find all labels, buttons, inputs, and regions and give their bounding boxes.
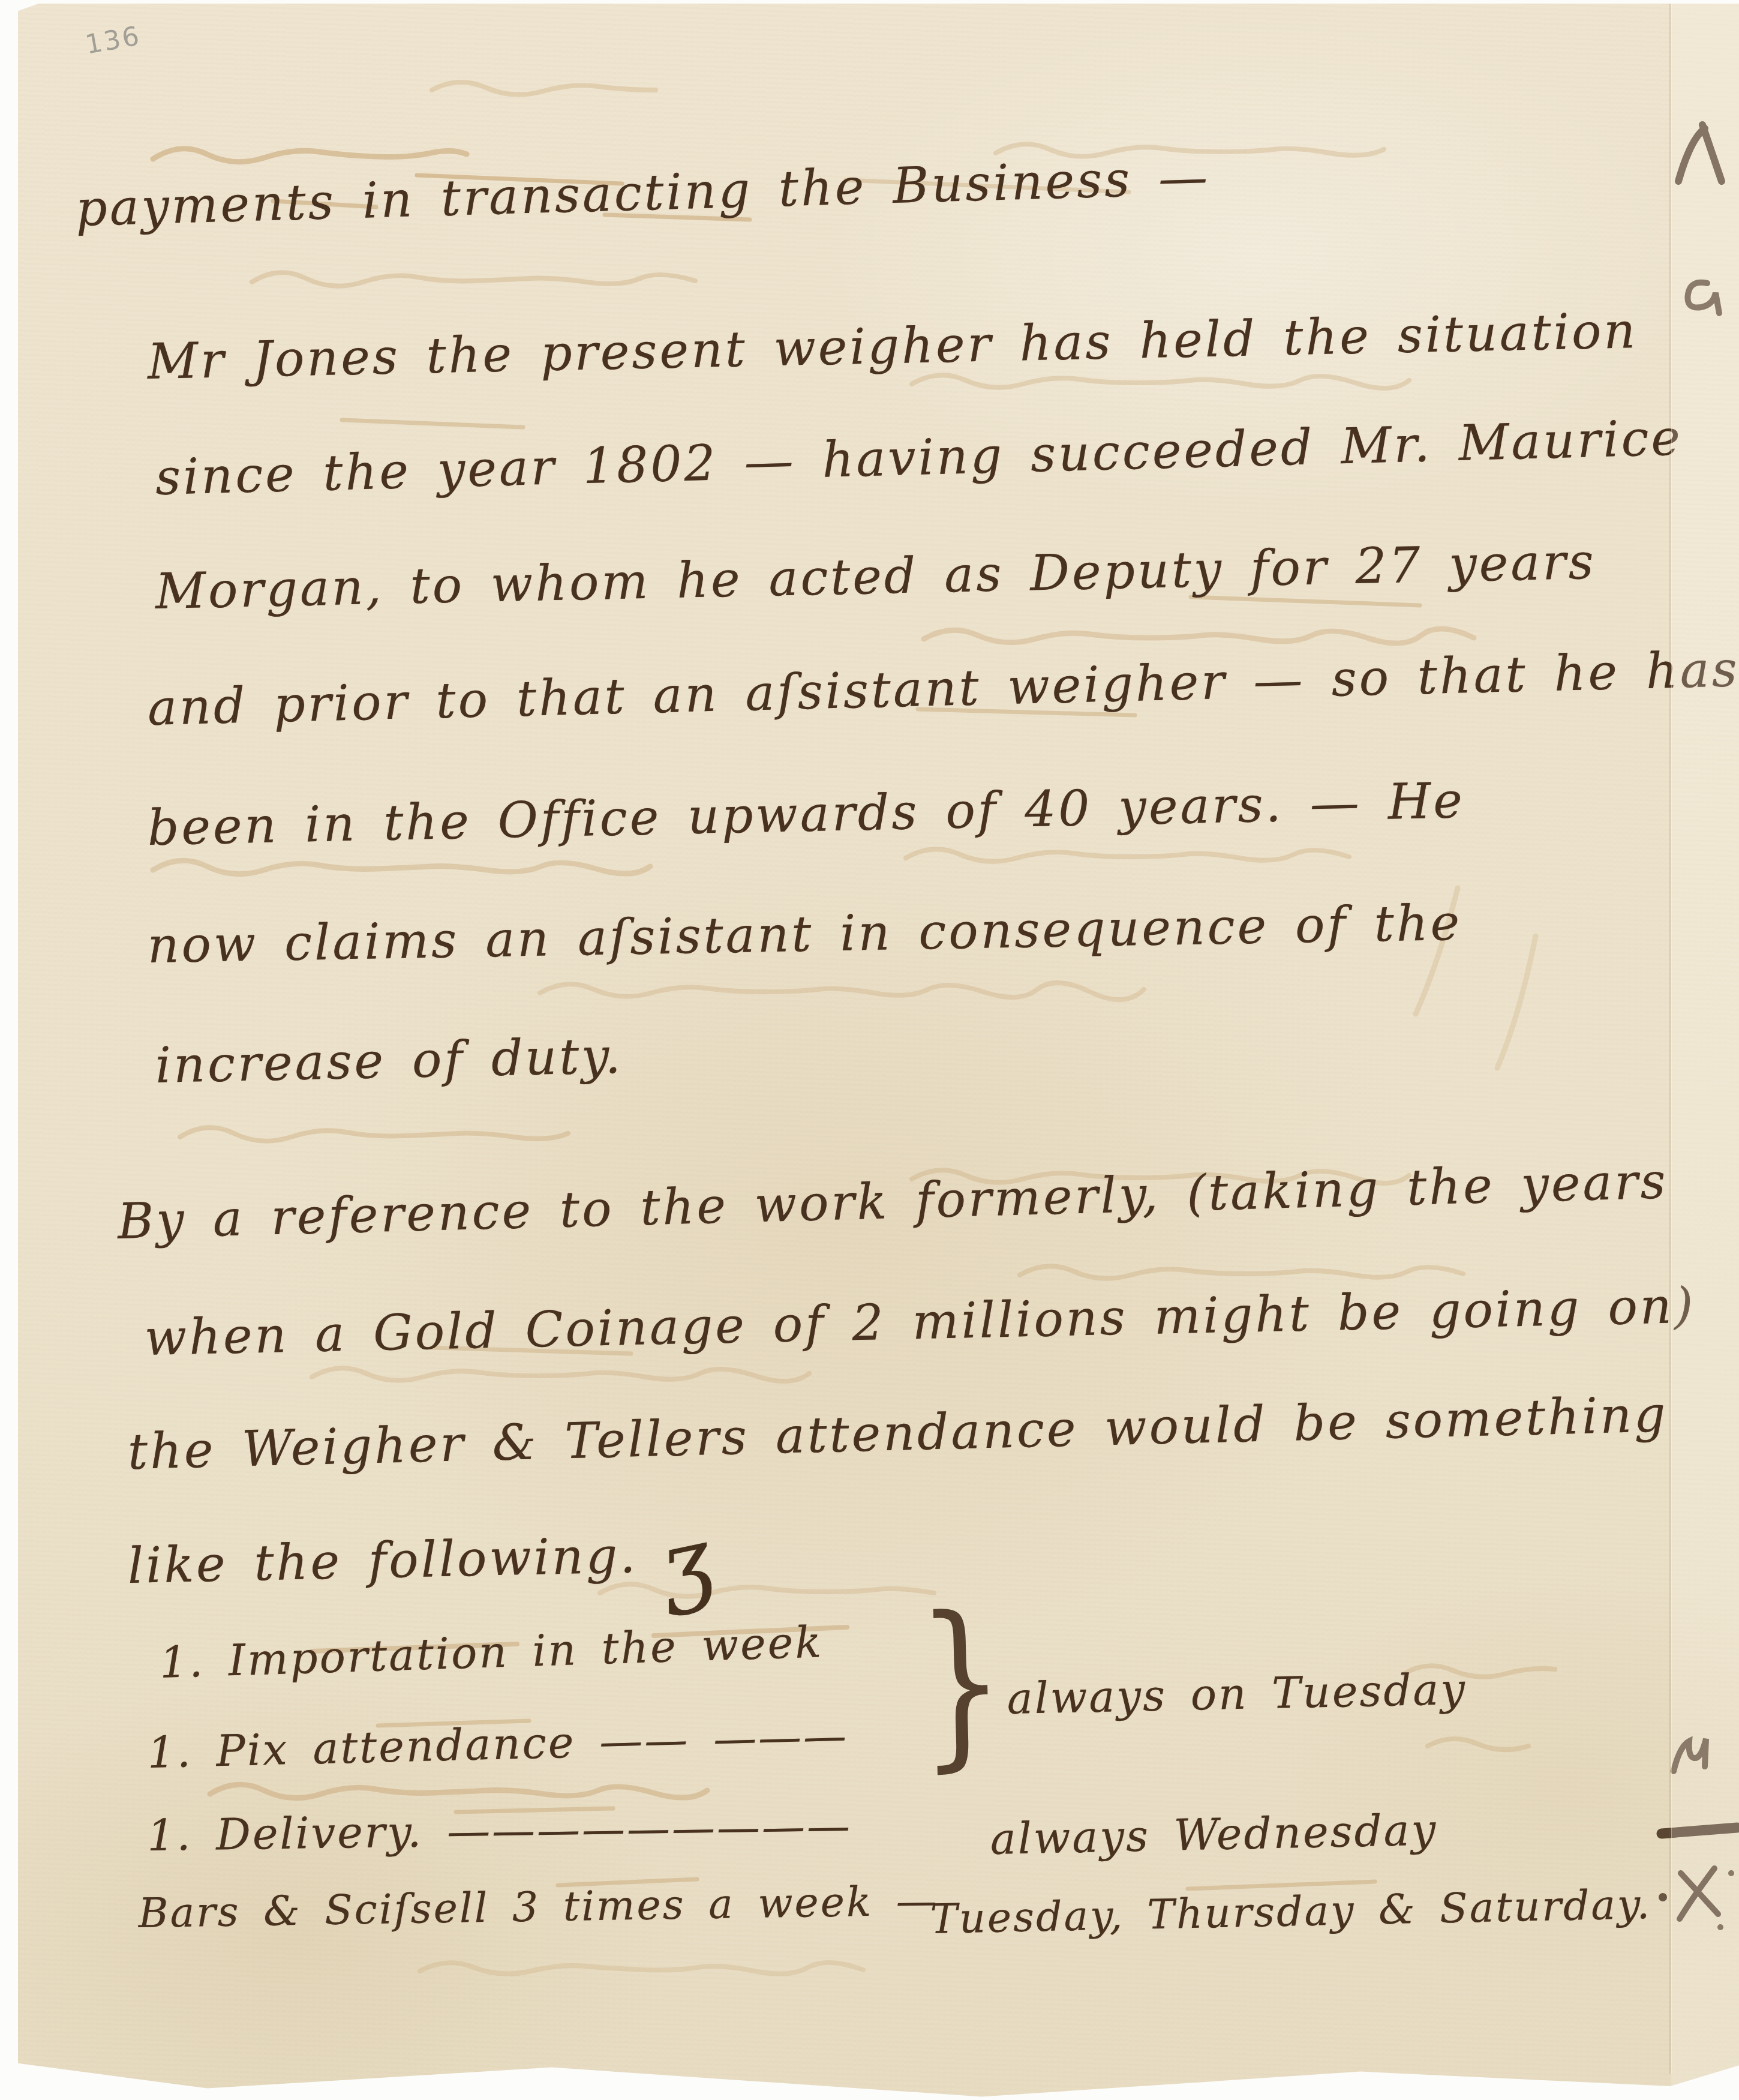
manuscript-scan: 136 payments in transacting the Business… (0, 0, 1739, 2100)
manuscript-line-10: when a Gold Coinage of 2 millions might … (144, 1280, 1696, 1364)
schedule-item-bars: Bars & Sciſsell 3 times a week — (138, 1880, 939, 1935)
manuscript-line-3: since the year 1802 — having succeeded M… (155, 412, 1683, 504)
manuscript-line-5: and prior to that an aſsistant weigher —… (147, 644, 1739, 734)
schedule-note-days: Tuesday, Thursday & Saturday. (930, 1883, 1652, 1942)
schedule-brace: } (916, 1591, 1007, 1774)
manuscript-line-7: now claims an aſsistant in consequence o… (147, 898, 1462, 972)
schedule-item-delivery: 1. Delivery. ————————— (147, 1804, 852, 1859)
manuscript-line-4: Morgan, to whom he acted as Deputy for 2… (155, 536, 1596, 618)
flourish-mark: ʒ (651, 1512, 722, 1615)
manuscript-line-11: the Weigher & Tellers attendance would b… (127, 1389, 1668, 1478)
manuscript-line-2: Mr Jones the present weigher has held th… (147, 305, 1638, 388)
schedule-note-tuesday: always on Tuesday (1007, 1667, 1467, 1722)
manuscript-line-6: been in the Office upwards of 40 years. … (147, 775, 1465, 854)
schedule-note-wednesday: always Wednesday (990, 1807, 1438, 1862)
adjacent-page-sliver (1671, 4, 1739, 2100)
manuscript-line-1: payments in transacting the Business — (75, 152, 1211, 235)
schedule-item-importation: 1. Importation in the week (159, 1619, 824, 1685)
manuscript-line-12: like the following. (127, 1530, 638, 1592)
schedule-item-pix: 1. Pix attendance —— ——— (147, 1713, 849, 1775)
folio-number-pencil: 136 (83, 20, 143, 60)
manuscript-line-8: increase of duty. (155, 1031, 623, 1092)
manuscript-line-9: By a reference to the work formerly, (ta… (117, 1156, 1669, 1248)
manuscript-page: 136 payments in transacting the Business… (18, 4, 1739, 2099)
